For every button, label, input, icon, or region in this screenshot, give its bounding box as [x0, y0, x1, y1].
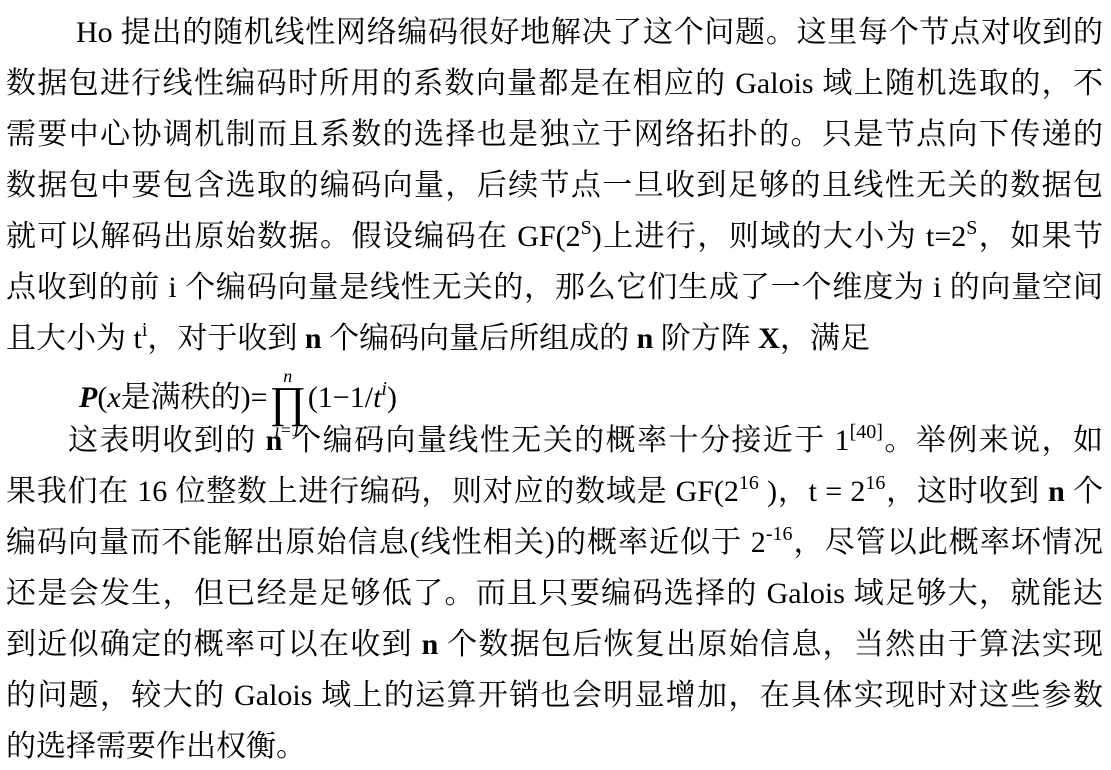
text-run: 需要中心协调机制而且系数的选择也是独立于网络拓扑的。只是节点向下传递的	[6, 118, 1103, 151]
text-line: 编码向量而不能解出原始信息(线性相关)的概率近似于 2-16，尽管以此概率坏情况	[6, 517, 1103, 568]
text-line: 的选择需要作出权衡。	[6, 721, 1103, 770]
text-run: 个编码向量后所组成的	[322, 322, 637, 355]
product-symbol: ∏	[270, 385, 306, 421]
text-run: n	[422, 628, 439, 661]
text-run: )	[387, 381, 397, 414]
text-run: 数据包中要包含选取的编码向量，后续节点一旦收到足够的且线性无关的数据包	[6, 169, 1103, 202]
text-run: 果我们在 16 位整数上进行编码，则对应的数域是 GF(2	[6, 475, 739, 508]
text-run: x	[107, 381, 120, 414]
text-run: i	[381, 378, 387, 400]
text-run: 是满秩的)=	[121, 381, 268, 414]
text-run: )，t = 2	[759, 475, 865, 508]
text-run: ，满足	[780, 322, 870, 355]
text-run: n	[1048, 475, 1065, 508]
text-run: ，这时收到	[885, 475, 1048, 508]
text-line: 数据包进行线性编码时所用的系数向量都是在相应的 Galois 域上随机选取的，不	[6, 58, 1103, 109]
text-run: n	[637, 322, 654, 355]
text-run: S	[966, 217, 977, 239]
product-operator: n∏i=1	[270, 367, 306, 439]
text-run: n	[305, 322, 322, 355]
product-lower-limit: i=1	[275, 421, 301, 439]
text-run: )上进行，则域的大小为 t=2	[592, 220, 967, 253]
text-run: ，如果节	[977, 220, 1103, 253]
text-run: (	[97, 381, 107, 414]
text-run: 个数据包后恢复出原始信息，当然由于算法实现	[438, 628, 1103, 661]
text-line: 数据包中要包含选取的编码向量，后续节点一旦收到足够的且线性无关的数据包	[6, 160, 1103, 211]
text-line: 就可以解码出原始数据。假设编码在 GF(2S)上进行，则域的大小为 t=2S，如…	[6, 211, 1103, 262]
document-page: Ho 提出的随机线性网络编码很好地解决了这个问题。这里每个节点对收到的数据包进行…	[0, 0, 1111, 770]
text-line: Ho 提出的随机线性网络编码很好地解决了这个问题。这里每个节点对收到的	[6, 7, 1103, 58]
text-run: (1−1/	[308, 381, 373, 414]
text-run: Ho 提出的随机线性网络编码很好地解决了这个问题。这里每个节点对收到的	[76, 16, 1103, 49]
text-run: ，尽管以此概率坏情况	[792, 526, 1103, 559]
text-line: 的问题，较大的 Galois 域上的运算开销也会明显增加，在具体实现时对这些参数	[6, 670, 1103, 721]
text-run: 16	[739, 472, 759, 494]
text-run: ，对于收到	[147, 322, 305, 355]
text-run: [40]	[850, 421, 883, 443]
text-run: 阶方阵	[653, 322, 758, 355]
text-run: 个	[1065, 475, 1103, 508]
text-run: 的问题，较大的 Galois 域上的运算开销也会明显增加，在具体实现时对这些参数	[6, 679, 1103, 712]
text-run: 的选择需要作出权衡。	[6, 730, 306, 763]
text-run: 这表明收到的	[68, 424, 266, 457]
text-line: 还是会发生，但已经是足够低了。而且只要编码选择的 Galois 域足够大，就能达	[6, 568, 1103, 619]
text-line: 果我们在 16 位整数上进行编码，则对应的数域是 GF(216 )，t = 21…	[6, 466, 1103, 517]
text-run: 数据包进行线性编码时所用的系数向量都是在相应的 Galois 域上随机选取的，不	[6, 67, 1103, 100]
text-line: 且大小为 ti，对于收到 n 个编码向量后所组成的 n 阶方阵 X，满足	[6, 313, 1103, 364]
text-run: 16	[865, 472, 885, 494]
text-run: 。举例来说，如	[883, 424, 1103, 457]
text-run: 还是会发生，但已经是足够低了。而且只要编码选择的 Galois 域足够大，就能达	[6, 577, 1103, 610]
text-run: 编码向量而不能解出原始信息(线性相关)的概率近似于 2	[6, 526, 766, 559]
text-run: 到近似确定的概率可以在收到	[6, 628, 422, 661]
text-line: 这表明收到的 n 个编码向量线性无关的概率十分接近于 1[40]。举例来说，如	[6, 415, 1103, 466]
text-line: 需要中心协调机制而且系数的选择也是独立于网络拓扑的。只是节点向下传递的	[6, 109, 1103, 160]
formula-line: P(x是满秩的)=n∏i=1(1−1/ti)	[6, 364, 1103, 415]
text-run: -16	[766, 523, 793, 545]
text-run: 点收到的前 i 个编码向量是线性无关的，那么它们生成了一个维度为 i 的向量空间	[6, 271, 1103, 304]
text-run: 就可以解码出原始数据。假设编码在 GF(2	[6, 220, 581, 253]
text-run: 个编码向量线性无关的概率十分接近于 1	[282, 424, 849, 457]
text-run: P	[79, 381, 97, 414]
text-run: S	[581, 217, 592, 239]
text-line: 到近似确定的概率可以在收到 n 个数据包后恢复出原始信息，当然由于算法实现	[6, 619, 1103, 670]
text-run: X	[758, 322, 780, 355]
text-run: 且大小为 t	[6, 322, 142, 355]
text-line: 点收到的前 i 个编码向量是线性无关的，那么它们生成了一个维度为 i 的向量空间	[6, 262, 1103, 313]
text-run: i	[142, 319, 148, 341]
